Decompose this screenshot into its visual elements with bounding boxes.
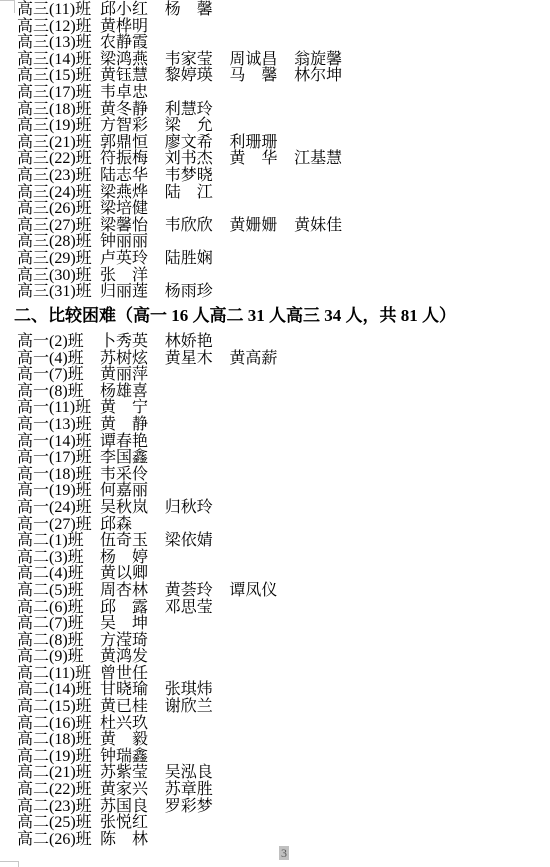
- student-name: 郭鼎恒: [100, 135, 165, 152]
- class-label: 高二(16)班: [17, 716, 100, 733]
- class-label: 高二(9)班: [17, 649, 100, 666]
- class-label: 高二(8)班: [17, 633, 100, 650]
- student-name: 黄荟玲: [165, 583, 230, 600]
- table-row: 高一(2)班卜秀英林娇艳: [17, 334, 550, 351]
- class-label: 高三(24)班: [17, 185, 100, 202]
- class-label: 高二(6)班: [17, 600, 100, 617]
- student-name: 甘晓瑜: [100, 682, 165, 699]
- student-name: 黄钰慧: [100, 68, 165, 85]
- student-name: 韦家莹: [165, 52, 230, 69]
- document-page: 高三(11)班邱小红杨 馨高三(12)班黄桦明高三(13)班农静霞高三(14)班…: [0, 0, 550, 867]
- table-row: 高三(14)班梁鸿燕韦家莹周诚昌翁旋馨: [17, 52, 550, 69]
- class-label: 高一(24)班: [17, 500, 100, 517]
- student-name: 苏树炫: [100, 351, 165, 368]
- student-name: 翁旋馨: [294, 52, 359, 69]
- table-row: 高三(24)班梁燕烨陆 江: [17, 185, 550, 202]
- student-name: 方智彩: [100, 118, 165, 135]
- student-name: 邱小红: [100, 2, 165, 19]
- student-name: 廖文希: [165, 135, 230, 152]
- table-row: 高二(11)班曾世任: [17, 666, 550, 683]
- table-row: 高三(22)班符振梅刘书杰黄 华江基慧: [17, 151, 550, 168]
- class-label: 高二(4)班: [17, 566, 100, 583]
- student-name: 韦采伶: [100, 467, 165, 484]
- class-label: 高三(12)班: [17, 19, 100, 36]
- student-name: 归秋玲: [165, 500, 230, 517]
- class-label: 高一(11)班: [17, 400, 100, 417]
- table-row: 高三(21)班郭鼎恒廖文希利珊珊: [17, 135, 550, 152]
- class-label: 高一(2)班: [17, 334, 100, 351]
- table-row: 高二(5)班周杏林黄荟玲谭凤仪: [17, 583, 550, 600]
- table-row: 高一(4)班苏树炫黄星木黄高薪: [17, 351, 550, 368]
- student-name: 符振梅: [100, 151, 165, 168]
- class-label: 高一(19)班: [17, 483, 100, 500]
- table-row: 高二(8)班方滢琦: [17, 633, 550, 650]
- table-row: 高一(13)班黄 静: [17, 417, 550, 434]
- student-name: 利珊珊: [229, 135, 294, 152]
- table-row: 高一(7)班黄丽萍: [17, 367, 550, 384]
- table-row: 高三(19)班方智彩梁 允: [17, 118, 550, 135]
- table-row: 高三(29)班卢英玲陆胜娴: [17, 251, 550, 268]
- class-label: 高二(1)班: [17, 533, 100, 550]
- student-name: 黄妹佳: [294, 218, 359, 235]
- student-name: 归丽莲: [100, 284, 165, 301]
- class-label: 高二(21)班: [17, 765, 100, 782]
- table-row: 高三(17)班韦卓忠: [17, 85, 550, 102]
- table-row: 高二(21)班苏紫莹吴泓良: [17, 765, 550, 782]
- student-name: 苏国良: [100, 799, 165, 816]
- student-name: 陆胜娴: [165, 251, 230, 268]
- student-name: 黄冬静: [100, 102, 165, 119]
- class-label: 高一(4)班: [17, 351, 100, 368]
- student-name: 谭春艳: [100, 434, 165, 451]
- student-name: 韦欣欣: [165, 218, 230, 235]
- student-name: 杨雨珍: [165, 284, 230, 301]
- student-name: 陈 林: [100, 832, 165, 849]
- class-label: 高一(8)班: [17, 384, 100, 401]
- class-label: 高三(13)班: [17, 35, 100, 52]
- class-label: 高二(5)班: [17, 583, 100, 600]
- student-name: 钟瑞鑫: [100, 749, 165, 766]
- student-name: 陆 江: [165, 185, 230, 202]
- student-name: 吴泓良: [165, 765, 230, 782]
- student-name: 卢英玲: [100, 251, 165, 268]
- student-name: 刘书杰: [165, 151, 230, 168]
- student-name: 杨 婷: [100, 550, 165, 567]
- student-name: 林尔坤: [294, 68, 359, 85]
- table-row: 高二(3)班杨 婷: [17, 550, 550, 567]
- class-label: 高二(18)班: [17, 732, 100, 749]
- class-label: 高三(22)班: [17, 151, 100, 168]
- student-name: 黄已桂: [100, 699, 165, 716]
- table-row: 高三(27)班梁馨怡韦欣欣黄姗姗黄妹佳: [17, 218, 550, 235]
- student-name: 吴秋岚: [100, 500, 165, 517]
- class-label: 高三(26)班: [17, 201, 100, 218]
- student-name: 伍奇玉: [100, 533, 165, 550]
- student-name: 农静霞: [100, 35, 165, 52]
- student-name: 钟丽丽: [100, 234, 165, 251]
- student-name: 梁 允: [165, 118, 230, 135]
- table-row: 高三(26)班梁培健: [17, 201, 550, 218]
- class-label: 高三(28)班: [17, 234, 100, 251]
- class-label: 高二(11)班: [17, 666, 100, 683]
- student-name: 苏紫莹: [100, 765, 165, 782]
- class-label: 高一(7)班: [17, 367, 100, 384]
- student-name: 曾世任: [100, 666, 165, 683]
- table-row: 高二(16)班杜兴玖: [17, 716, 550, 733]
- table-row: 高三(28)班钟丽丽: [17, 234, 550, 251]
- class-label: 高二(15)班: [17, 699, 100, 716]
- student-name: 邱森: [100, 517, 165, 534]
- student-name: 林娇艳: [165, 334, 230, 351]
- class-label: 高一(27)班: [17, 517, 100, 534]
- student-name: 黄以卿: [100, 566, 165, 583]
- student-name: 杨雄喜: [100, 384, 165, 401]
- class-label: 高三(27)班: [17, 218, 100, 235]
- class-label: 高一(18)班: [17, 467, 100, 484]
- text-boundary-corner-mark-bottom-left: [0, 861, 19, 867]
- table-row: 高三(18)班黄冬静利慧玲: [17, 102, 550, 119]
- student-name: 周杏林: [100, 583, 165, 600]
- student-name: 罗彩梦: [165, 799, 230, 816]
- student-name: 周诚昌: [229, 52, 294, 69]
- student-name: 黄 宁: [100, 400, 165, 417]
- student-name: 黄星木: [165, 351, 230, 368]
- table-row: 高一(27)班邱森: [17, 517, 550, 534]
- table-row: 高二(19)班钟瑞鑫: [17, 749, 550, 766]
- student-name: 李国鑫: [100, 450, 165, 467]
- student-name: 梁馨怡: [100, 218, 165, 235]
- class-label: 高三(15)班: [17, 68, 100, 85]
- table-row: 高三(31)班归丽莲杨雨珍: [17, 284, 550, 301]
- table-row: 高三(30)班张 洋: [17, 268, 550, 285]
- student-name: 利慧玲: [165, 102, 230, 119]
- class-label: 高一(14)班: [17, 434, 100, 451]
- student-name: 梁鸿燕: [100, 52, 165, 69]
- table-row: 高一(14)班谭春艳: [17, 434, 550, 451]
- table-row: 高二(15)班黄已桂谢欣兰: [17, 699, 550, 716]
- table-row: 高三(15)班黄钰慧黎婷瑛马 馨林尔坤: [17, 68, 550, 85]
- table-row: 高二(7)班吴 坤: [17, 616, 550, 633]
- table-row: 高三(13)班农静霞: [17, 35, 550, 52]
- student-name: 梁培健: [100, 201, 165, 218]
- student-name: 梁燕烨: [100, 185, 165, 202]
- student-name: 黄 毅: [100, 732, 165, 749]
- student-name: 何嘉丽: [100, 483, 165, 500]
- section-heading: 二、比较困难（高一 16 人高二 31 人高三 34 人，共 81 人）: [14, 304, 456, 328]
- student-name: 谭凤仪: [229, 583, 294, 600]
- class-label: 高三(23)班: [17, 168, 100, 185]
- student-name: 黄 华: [229, 151, 294, 168]
- class-label: 高三(30)班: [17, 268, 100, 285]
- table-row: 高一(8)班杨雄喜: [17, 384, 550, 401]
- table-row: 高一(18)班韦采伶: [17, 467, 550, 484]
- class-label: 高二(3)班: [17, 550, 100, 567]
- class-label: 高三(18)班: [17, 102, 100, 119]
- class-label: 高二(14)班: [17, 682, 100, 699]
- student-list-section-2: 高一(2)班卜秀英林娇艳高一(4)班苏树炫黄星木黄高薪高一(7)班黄丽萍高一(8…: [17, 334, 550, 848]
- class-label: 高三(17)班: [17, 85, 100, 102]
- student-name: 吴 坤: [100, 616, 165, 633]
- table-row: 高二(22)班黄家兴苏章胜: [17, 782, 550, 799]
- student-name: 方滢琦: [100, 633, 165, 650]
- student-name: 杨 馨: [165, 2, 230, 19]
- table-row: 高一(11)班黄 宁: [17, 400, 550, 417]
- student-name: 杜兴玖: [100, 716, 165, 733]
- table-row: 高三(12)班黄桦明: [17, 19, 550, 36]
- table-row: 高三(11)班邱小红杨 馨: [17, 2, 550, 19]
- class-label: 高三(29)班: [17, 251, 100, 268]
- class-label: 高二(7)班: [17, 616, 100, 633]
- student-name: 韦卓忠: [100, 85, 165, 102]
- class-label: 高一(17)班: [17, 450, 100, 467]
- class-label: 高二(25)班: [17, 815, 100, 832]
- student-name: 韦梦晓: [165, 168, 230, 185]
- student-name: 卜秀英: [100, 334, 165, 351]
- text-boundary-corner-mark-top-left: [0, 0, 15, 13]
- student-name: 张悦红: [100, 815, 165, 832]
- class-label: 高三(21)班: [17, 135, 100, 152]
- class-label: 高一(13)班: [17, 417, 100, 434]
- student-name: 黄家兴: [100, 782, 165, 799]
- student-name: 张 洋: [100, 268, 165, 285]
- table-row: 高二(23)班苏国良罗彩梦: [17, 799, 550, 816]
- student-name: 陆志华: [100, 168, 165, 185]
- class-label: 高二(23)班: [17, 799, 100, 816]
- student-name: 苏章胜: [165, 782, 230, 799]
- table-row: 高二(9)班黄鸿发: [17, 649, 550, 666]
- student-name: 黄 静: [100, 417, 165, 434]
- page-number: 3: [279, 846, 289, 860]
- student-list-section-1: 高三(11)班邱小红杨 馨高三(12)班黄桦明高三(13)班农静霞高三(14)班…: [17, 2, 550, 301]
- student-name: 黄鸿发: [100, 649, 165, 666]
- student-name: 邓思莹: [165, 600, 230, 617]
- table-row: 高二(1)班伍奇玉梁依婧: [17, 533, 550, 550]
- student-name: 黎婷瑛: [165, 68, 230, 85]
- table-row: 高二(6)班邱 露邓思莹: [17, 600, 550, 617]
- student-name: 黄桦明: [100, 19, 165, 36]
- table-row: 高一(24)班吴秋岚归秋玲: [17, 500, 550, 517]
- class-label: 高二(19)班: [17, 749, 100, 766]
- student-name: 邱 露: [100, 600, 165, 617]
- student-name: 黄高薪: [229, 351, 294, 368]
- table-row: 高一(19)班何嘉丽: [17, 483, 550, 500]
- student-name: 黄姗姗: [229, 218, 294, 235]
- table-row: 高二(4)班黄以卿: [17, 566, 550, 583]
- student-name: 张琪炜: [165, 682, 230, 699]
- table-row: 高一(17)班李国鑫: [17, 450, 550, 467]
- class-label: 高三(31)班: [17, 284, 100, 301]
- table-row: 高三(23)班陆志华韦梦晓: [17, 168, 550, 185]
- table-row: 高二(18)班黄 毅: [17, 732, 550, 749]
- class-label: 高二(22)班: [17, 782, 100, 799]
- class-label: 高二(26)班: [17, 832, 100, 849]
- student-name: 梁依婧: [165, 533, 230, 550]
- table-row: 高二(14)班甘晓瑜张琪炜: [17, 682, 550, 699]
- class-label: 高三(11)班: [17, 2, 100, 19]
- class-label: 高三(14)班: [17, 52, 100, 69]
- table-row: 高二(25)班张悦红: [17, 815, 550, 832]
- student-name: 马 馨: [229, 68, 294, 85]
- student-name: 谢欣兰: [165, 699, 230, 716]
- student-name: 江基慧: [294, 151, 359, 168]
- class-label: 高三(19)班: [17, 118, 100, 135]
- student-name: 黄丽萍: [100, 367, 165, 384]
